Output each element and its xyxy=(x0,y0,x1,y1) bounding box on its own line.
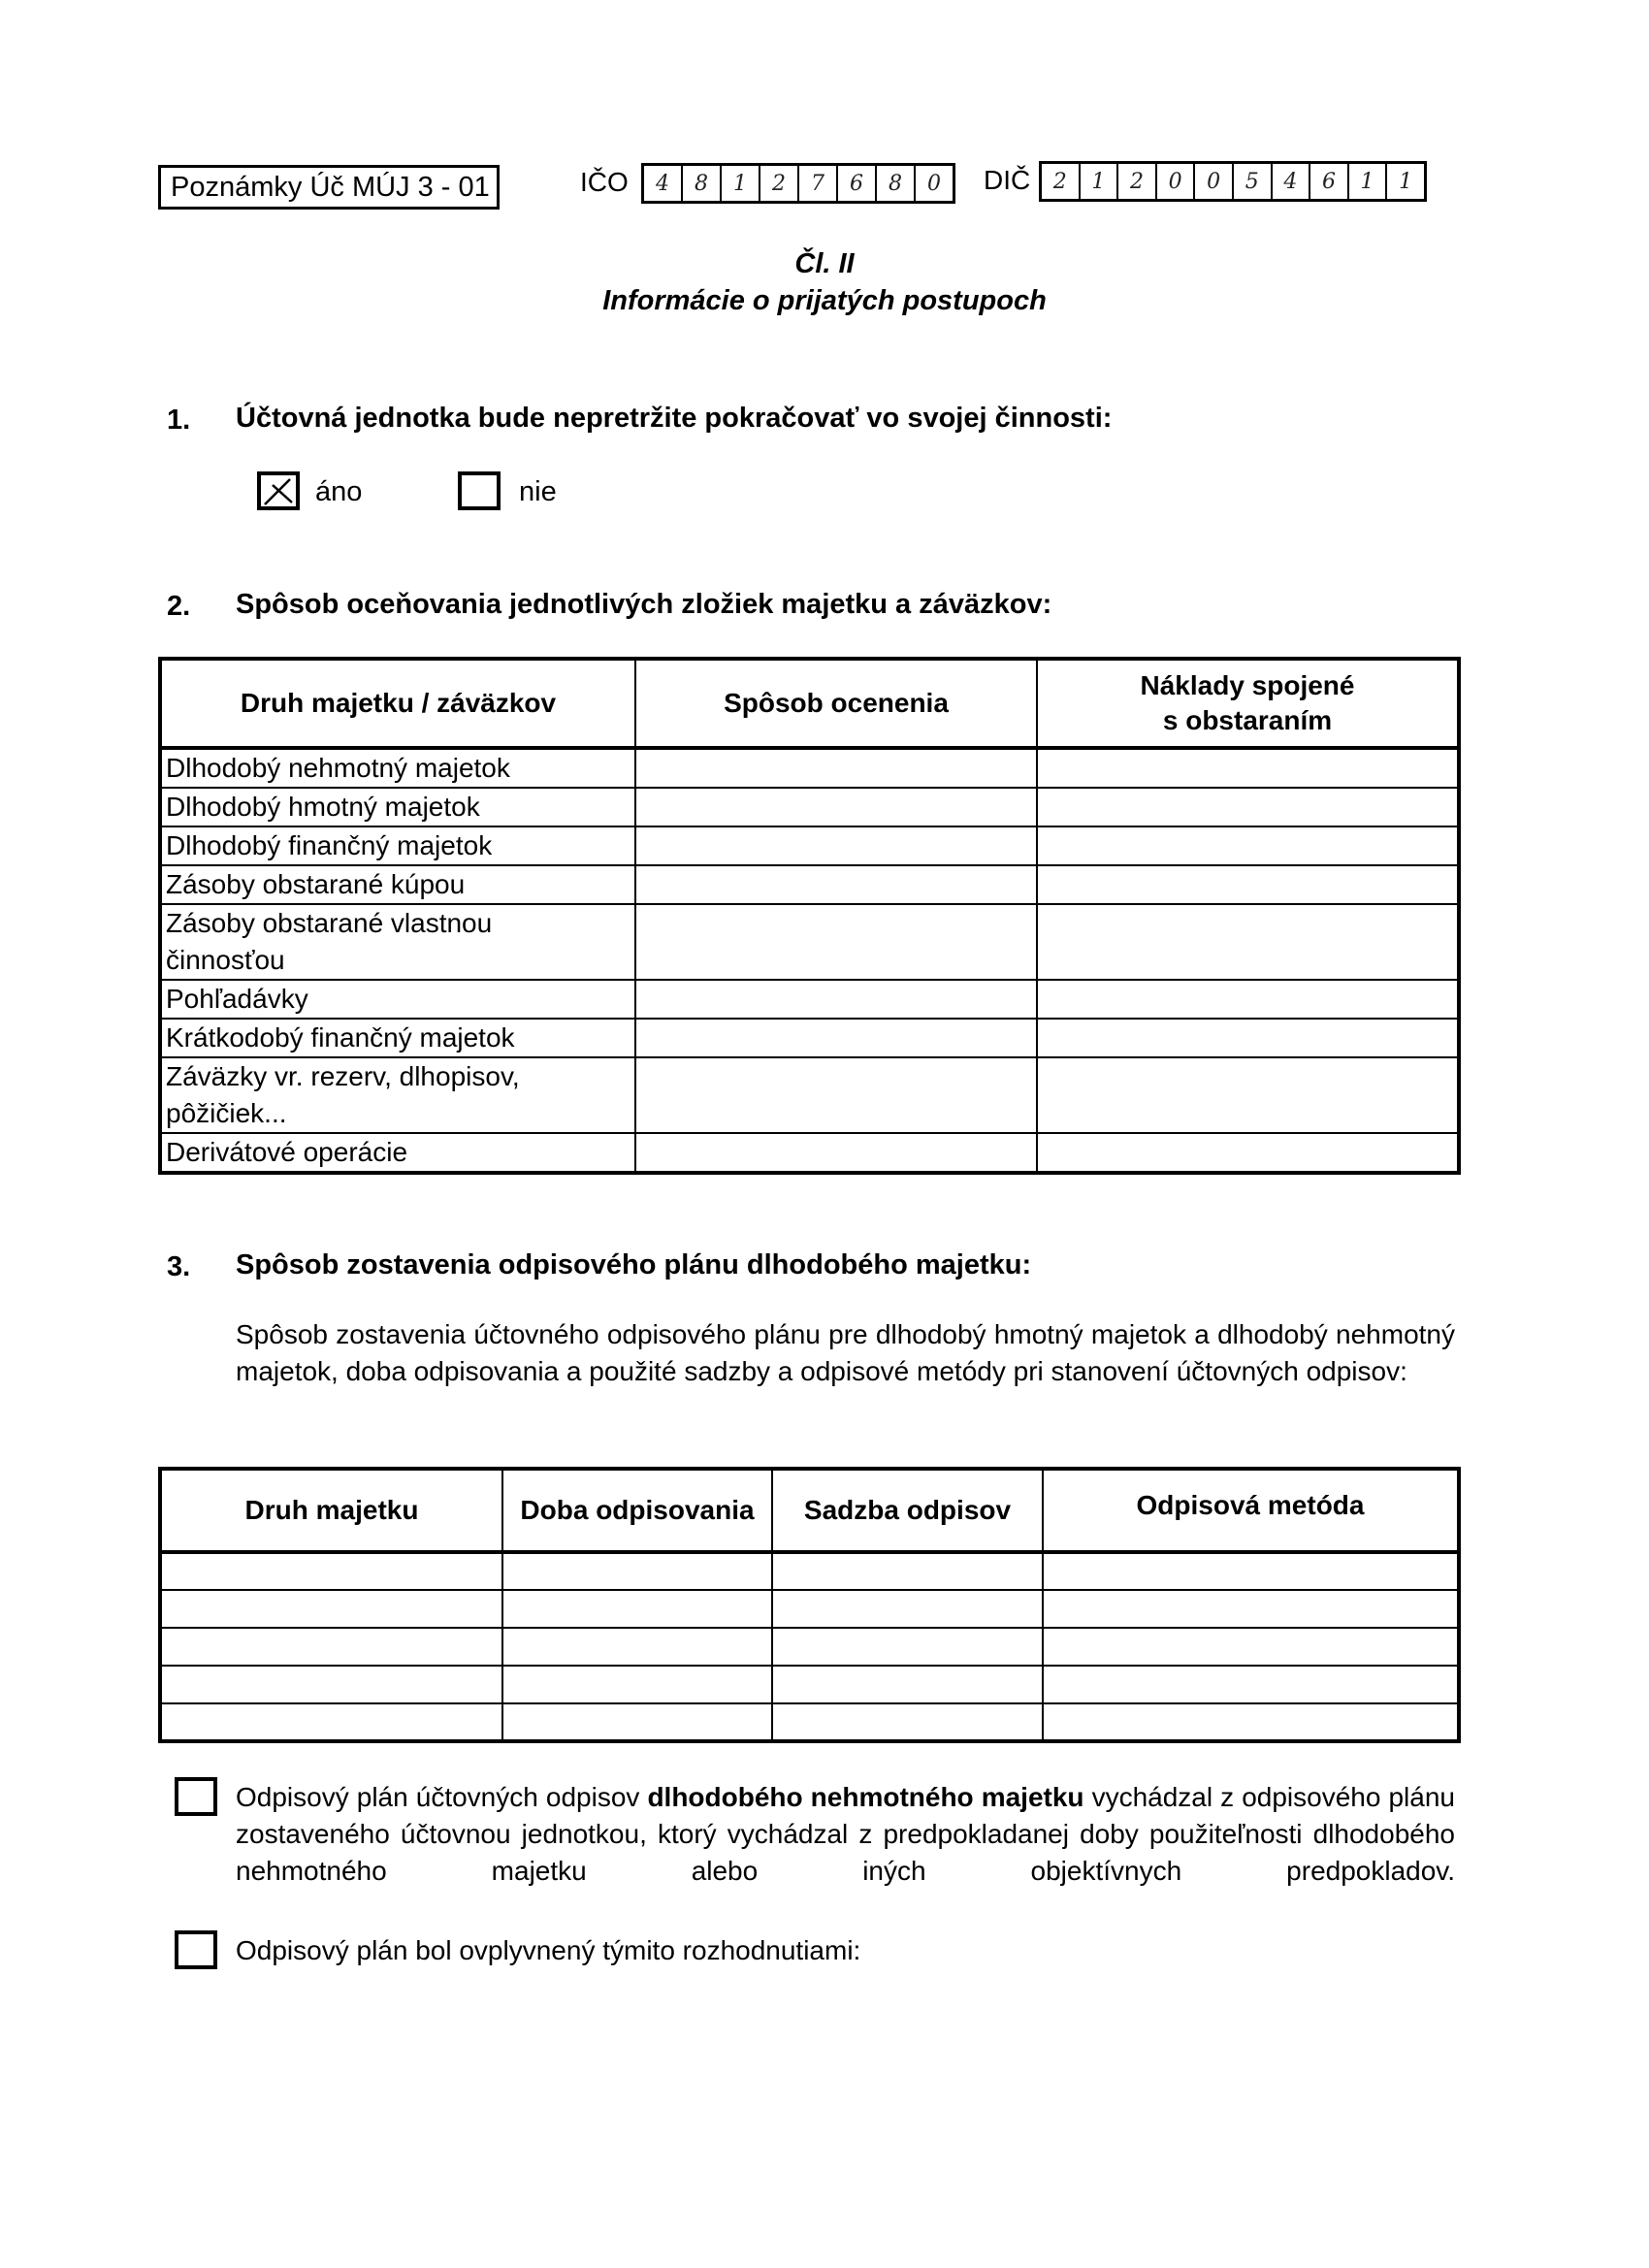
table-row: Pohľadávky xyxy=(160,980,1459,1019)
ico-digit[interactable]: 8 xyxy=(683,166,722,201)
valuation-cell[interactable] xyxy=(635,1133,1037,1173)
valuation-cell[interactable] xyxy=(635,980,1037,1019)
section-2-number: 2. xyxy=(167,591,190,623)
depreciation-table: Druh majetku Doba odpisovania Sadzba odp… xyxy=(158,1467,1461,1743)
valuation-cell[interactable] xyxy=(635,1019,1037,1057)
dic-digit[interactable]: 1 xyxy=(1349,164,1388,199)
dic-digit[interactable]: 1 xyxy=(1387,164,1424,199)
section-3-title: Spôsob zostavenia odpisového plánu dlhod… xyxy=(236,1249,1031,1281)
article-number: Čl. II xyxy=(0,248,1649,280)
table-row: Dlhodobý finančný majetok xyxy=(160,826,1459,865)
ico-field[interactable]: 48127680 xyxy=(641,163,955,204)
costs-cell[interactable] xyxy=(1037,1133,1459,1173)
dic-label: DIČ xyxy=(984,161,1030,200)
ico-digit[interactable]: 6 xyxy=(838,166,877,201)
decisions-text: Odpisový plán bol ovplyvnený týmito rozh… xyxy=(236,1932,860,1969)
dic-digit[interactable]: 0 xyxy=(1157,164,1196,199)
ico-digit[interactable]: 0 xyxy=(916,166,953,201)
ico-digit[interactable]: 7 xyxy=(799,166,838,201)
dic-digit[interactable]: 1 xyxy=(1081,164,1119,199)
costs-cell[interactable] xyxy=(1037,826,1459,865)
costs-cell[interactable] xyxy=(1037,1019,1459,1057)
col-header-method: Odpisová metóda xyxy=(1043,1469,1459,1552)
ico-label: IČO xyxy=(580,163,629,202)
ico-digit[interactable]: 4 xyxy=(644,166,683,201)
col-header-period: Doba odpisovania xyxy=(502,1469,772,1552)
ico-digit[interactable]: 2 xyxy=(760,166,799,201)
section-3-intro: Spôsob zostavenia účtovného odpisového p… xyxy=(236,1316,1455,1390)
table-row: Zásoby obstarané kúpou xyxy=(160,865,1459,904)
costs-cell[interactable] xyxy=(1037,1057,1459,1133)
dic-field[interactable]: 2120054611 xyxy=(1039,161,1427,202)
section-2-title: Spôsob oceňovania jednotlivých zložiek m… xyxy=(236,589,1051,621)
table-row: Dlhodobý hmotný majetok xyxy=(160,788,1459,826)
table-row: Derivátové operácie xyxy=(160,1133,1459,1173)
valuation-cell[interactable] xyxy=(635,748,1037,788)
table-row: Krátkodobý finančný majetok xyxy=(160,1019,1459,1057)
checkbox-ano-label: áno xyxy=(315,472,362,511)
article-subtitle: Informácie o prijatých postupoch xyxy=(0,285,1649,317)
table-row xyxy=(160,1552,1459,1590)
dic-digit[interactable]: 6 xyxy=(1310,164,1349,199)
dic-digit[interactable]: 4 xyxy=(1273,164,1311,199)
checkbox-nie-label: nie xyxy=(519,472,557,511)
table-row xyxy=(160,1666,1459,1703)
dic-digit[interactable]: 2 xyxy=(1118,164,1157,199)
costs-cell[interactable] xyxy=(1037,788,1459,826)
table-row: Dlhodobý nehmotný majetok xyxy=(160,748,1459,788)
table-row xyxy=(160,1590,1459,1628)
table-row xyxy=(160,1628,1459,1666)
costs-cell[interactable] xyxy=(1037,980,1459,1019)
form-code-label: Poznámky Úč MÚJ 3 - 01 xyxy=(158,165,500,210)
dic-digit[interactable]: 0 xyxy=(1195,164,1234,199)
dic-digit[interactable]: 5 xyxy=(1234,164,1273,199)
checkbox-nie[interactable] xyxy=(458,471,501,510)
section-3-number: 3. xyxy=(167,1251,190,1283)
valuation-cell[interactable] xyxy=(635,1057,1037,1133)
intangible-plan-text: Odpisový plán účtovných odpisov dlhodobé… xyxy=(236,1779,1455,1890)
valuation-cell[interactable] xyxy=(635,826,1037,865)
table-row: Zásoby obstarané vlastnoučinnosťou xyxy=(160,904,1459,980)
table-row xyxy=(160,1703,1459,1741)
costs-cell[interactable] xyxy=(1037,904,1459,980)
valuation-cell[interactable] xyxy=(635,865,1037,904)
col-header-asset-type: Druh majetku xyxy=(160,1469,502,1552)
section-1-title: Účtovná jednotka bude nepretržite pokrač… xyxy=(236,403,1112,435)
check-x-icon xyxy=(261,475,296,506)
ico-digit[interactable]: 1 xyxy=(722,166,760,201)
col-header-valuation: Spôsob ocenenia xyxy=(635,659,1037,748)
section-1-number: 1. xyxy=(167,405,190,437)
checkbox-intangible-plan[interactable] xyxy=(175,1777,217,1816)
checkbox-decisions[interactable] xyxy=(175,1930,217,1969)
valuation-cell[interactable] xyxy=(635,788,1037,826)
col-header-asset-type: Druh majetku / záväzkov xyxy=(160,659,635,748)
costs-cell[interactable] xyxy=(1037,748,1459,788)
checkbox-ano[interactable] xyxy=(257,471,300,510)
valuation-table: Druh majetku / záväzkov Spôsob ocenenia … xyxy=(158,657,1461,1175)
ico-digit[interactable]: 8 xyxy=(877,166,916,201)
dic-digit[interactable]: 2 xyxy=(1042,164,1081,199)
col-header-rate: Sadzba odpisov xyxy=(772,1469,1043,1552)
table-row: Záväzky vr. rezerv, dlhopisov,pôžičiek..… xyxy=(160,1057,1459,1133)
valuation-cell[interactable] xyxy=(635,904,1037,980)
col-header-costs: Náklady spojené s obstaraním xyxy=(1037,659,1459,748)
costs-cell[interactable] xyxy=(1037,865,1459,904)
